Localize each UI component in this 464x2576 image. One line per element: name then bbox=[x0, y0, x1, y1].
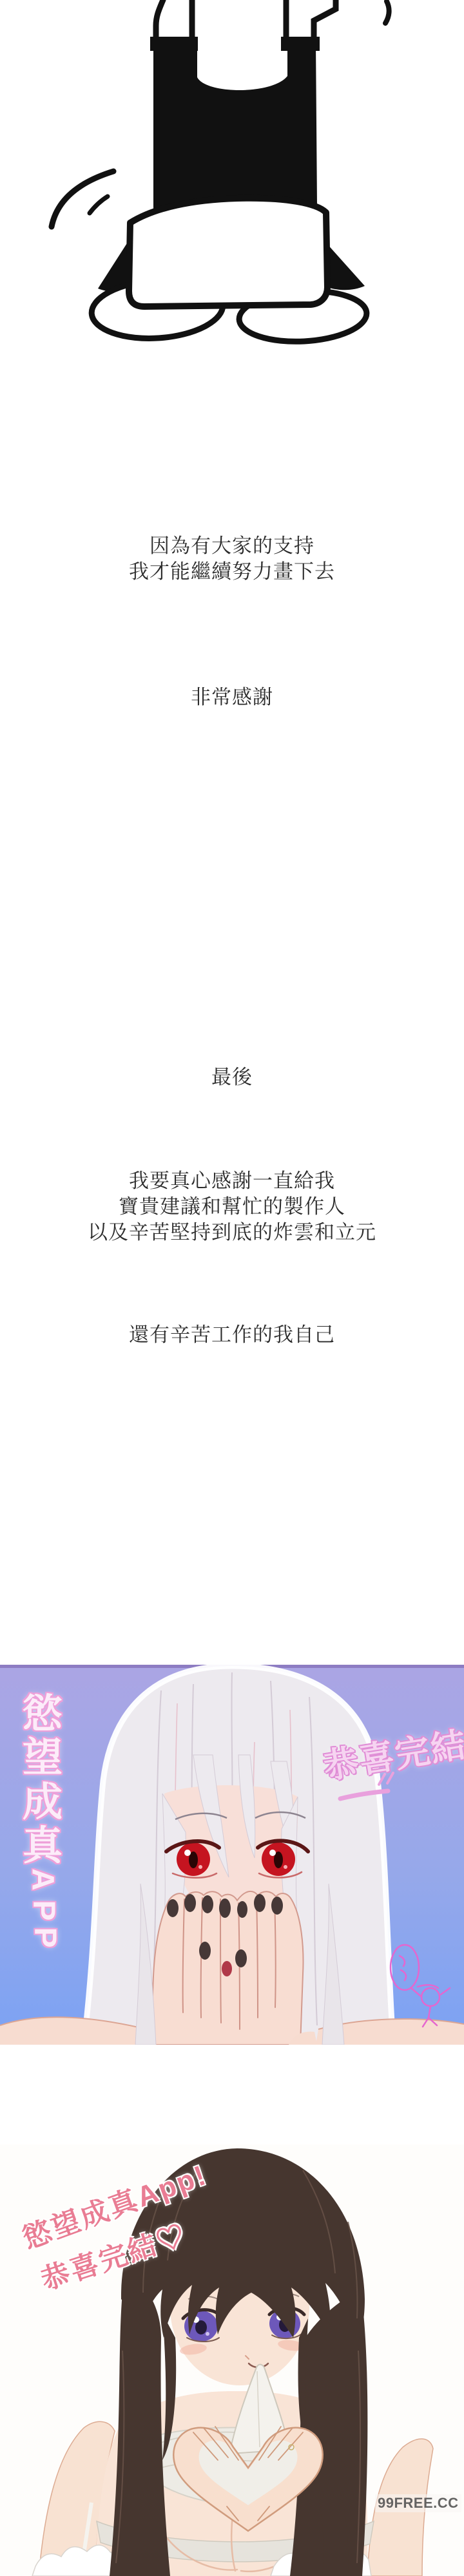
watermark: 99FREE.CC bbox=[375, 2494, 461, 2512]
ack-line-2: 寶貴建議和幫忙的製作人 bbox=[0, 1194, 464, 1220]
vertical-title-char-7: P bbox=[28, 1917, 63, 1958]
legs bbox=[156, 0, 336, 41]
bow-figure-illustration bbox=[0, 0, 464, 361]
illustration-2: 慾望成真App! 恭喜完結♡ 99FREE.CC bbox=[0, 2145, 464, 2576]
finally-line: 最後 bbox=[0, 1065, 464, 1090]
hands-covering-face bbox=[153, 1891, 304, 2045]
self-thanks-line: 還有辛苦工作的我自己 bbox=[0, 1322, 464, 1348]
ack-line-3: 以及辛苦堅持到底的炸雲和立元 bbox=[0, 1220, 464, 1245]
ack-line-1: 我要真心感謝一直給我 bbox=[0, 1168, 464, 1194]
illustration-1: 慾 望 成 真 A P P 恭喜完結! bbox=[0, 1665, 464, 2045]
thanks-line: 非常感謝 bbox=[0, 685, 464, 710]
support-line-1: 因為有大家的支持 bbox=[0, 533, 464, 559]
support-line-2: 我才能繼續努力畫下去 bbox=[0, 559, 464, 585]
webtoon-page: 因為有大家的支持 我才能繼續努力畫下去 非常感謝 最後 我要真心感謝一直給我 寶… bbox=[0, 0, 464, 2576]
back-shirt bbox=[129, 198, 327, 307]
